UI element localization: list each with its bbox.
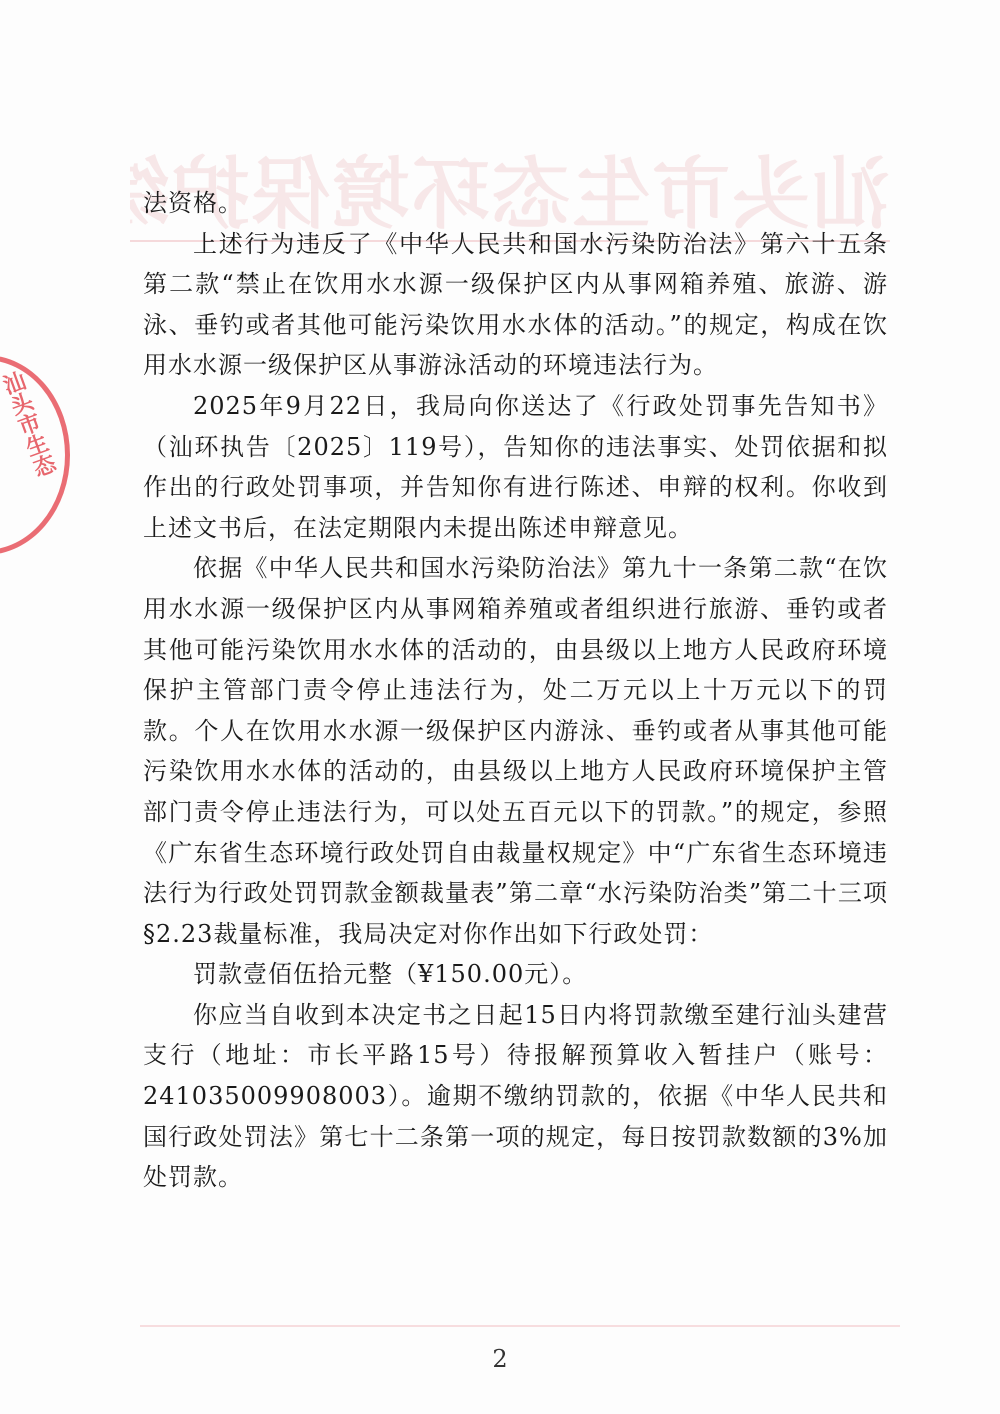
paragraph-penalty: 罚款壹佰伍拾元整（¥150.00元）。 <box>143 954 888 995</box>
paragraph-continuation: 法资格。 <box>143 183 888 224</box>
bleed-through-footer-rule <box>140 1325 900 1327</box>
paragraph-payment: 你应当自收到本决定书之日起15日内将罚款缴至建行汕头建营支行（地址：市长平路15… <box>143 995 888 1198</box>
paragraph-violation: 上述行为违反了《中华人民共和国水污染防治法》第六十五条第二款“禁止在饮用水水源一… <box>143 224 888 386</box>
paragraph-notice: 2025年9月22日，我局向你送达了《行政处罚事先告知书》（汕环执告〔2025〕… <box>143 386 888 548</box>
page-number: 2 <box>0 1345 1000 1373</box>
document-body: 法资格。 上述行为违反了《中华人民共和国水污染防治法》第六十五条第二款“禁止在饮… <box>143 183 888 1198</box>
paragraph-legal-basis: 依据《中华人民共和国水污染防治法》第九十一条第二款“在饮用水水源一级保护区内从事… <box>143 548 888 954</box>
